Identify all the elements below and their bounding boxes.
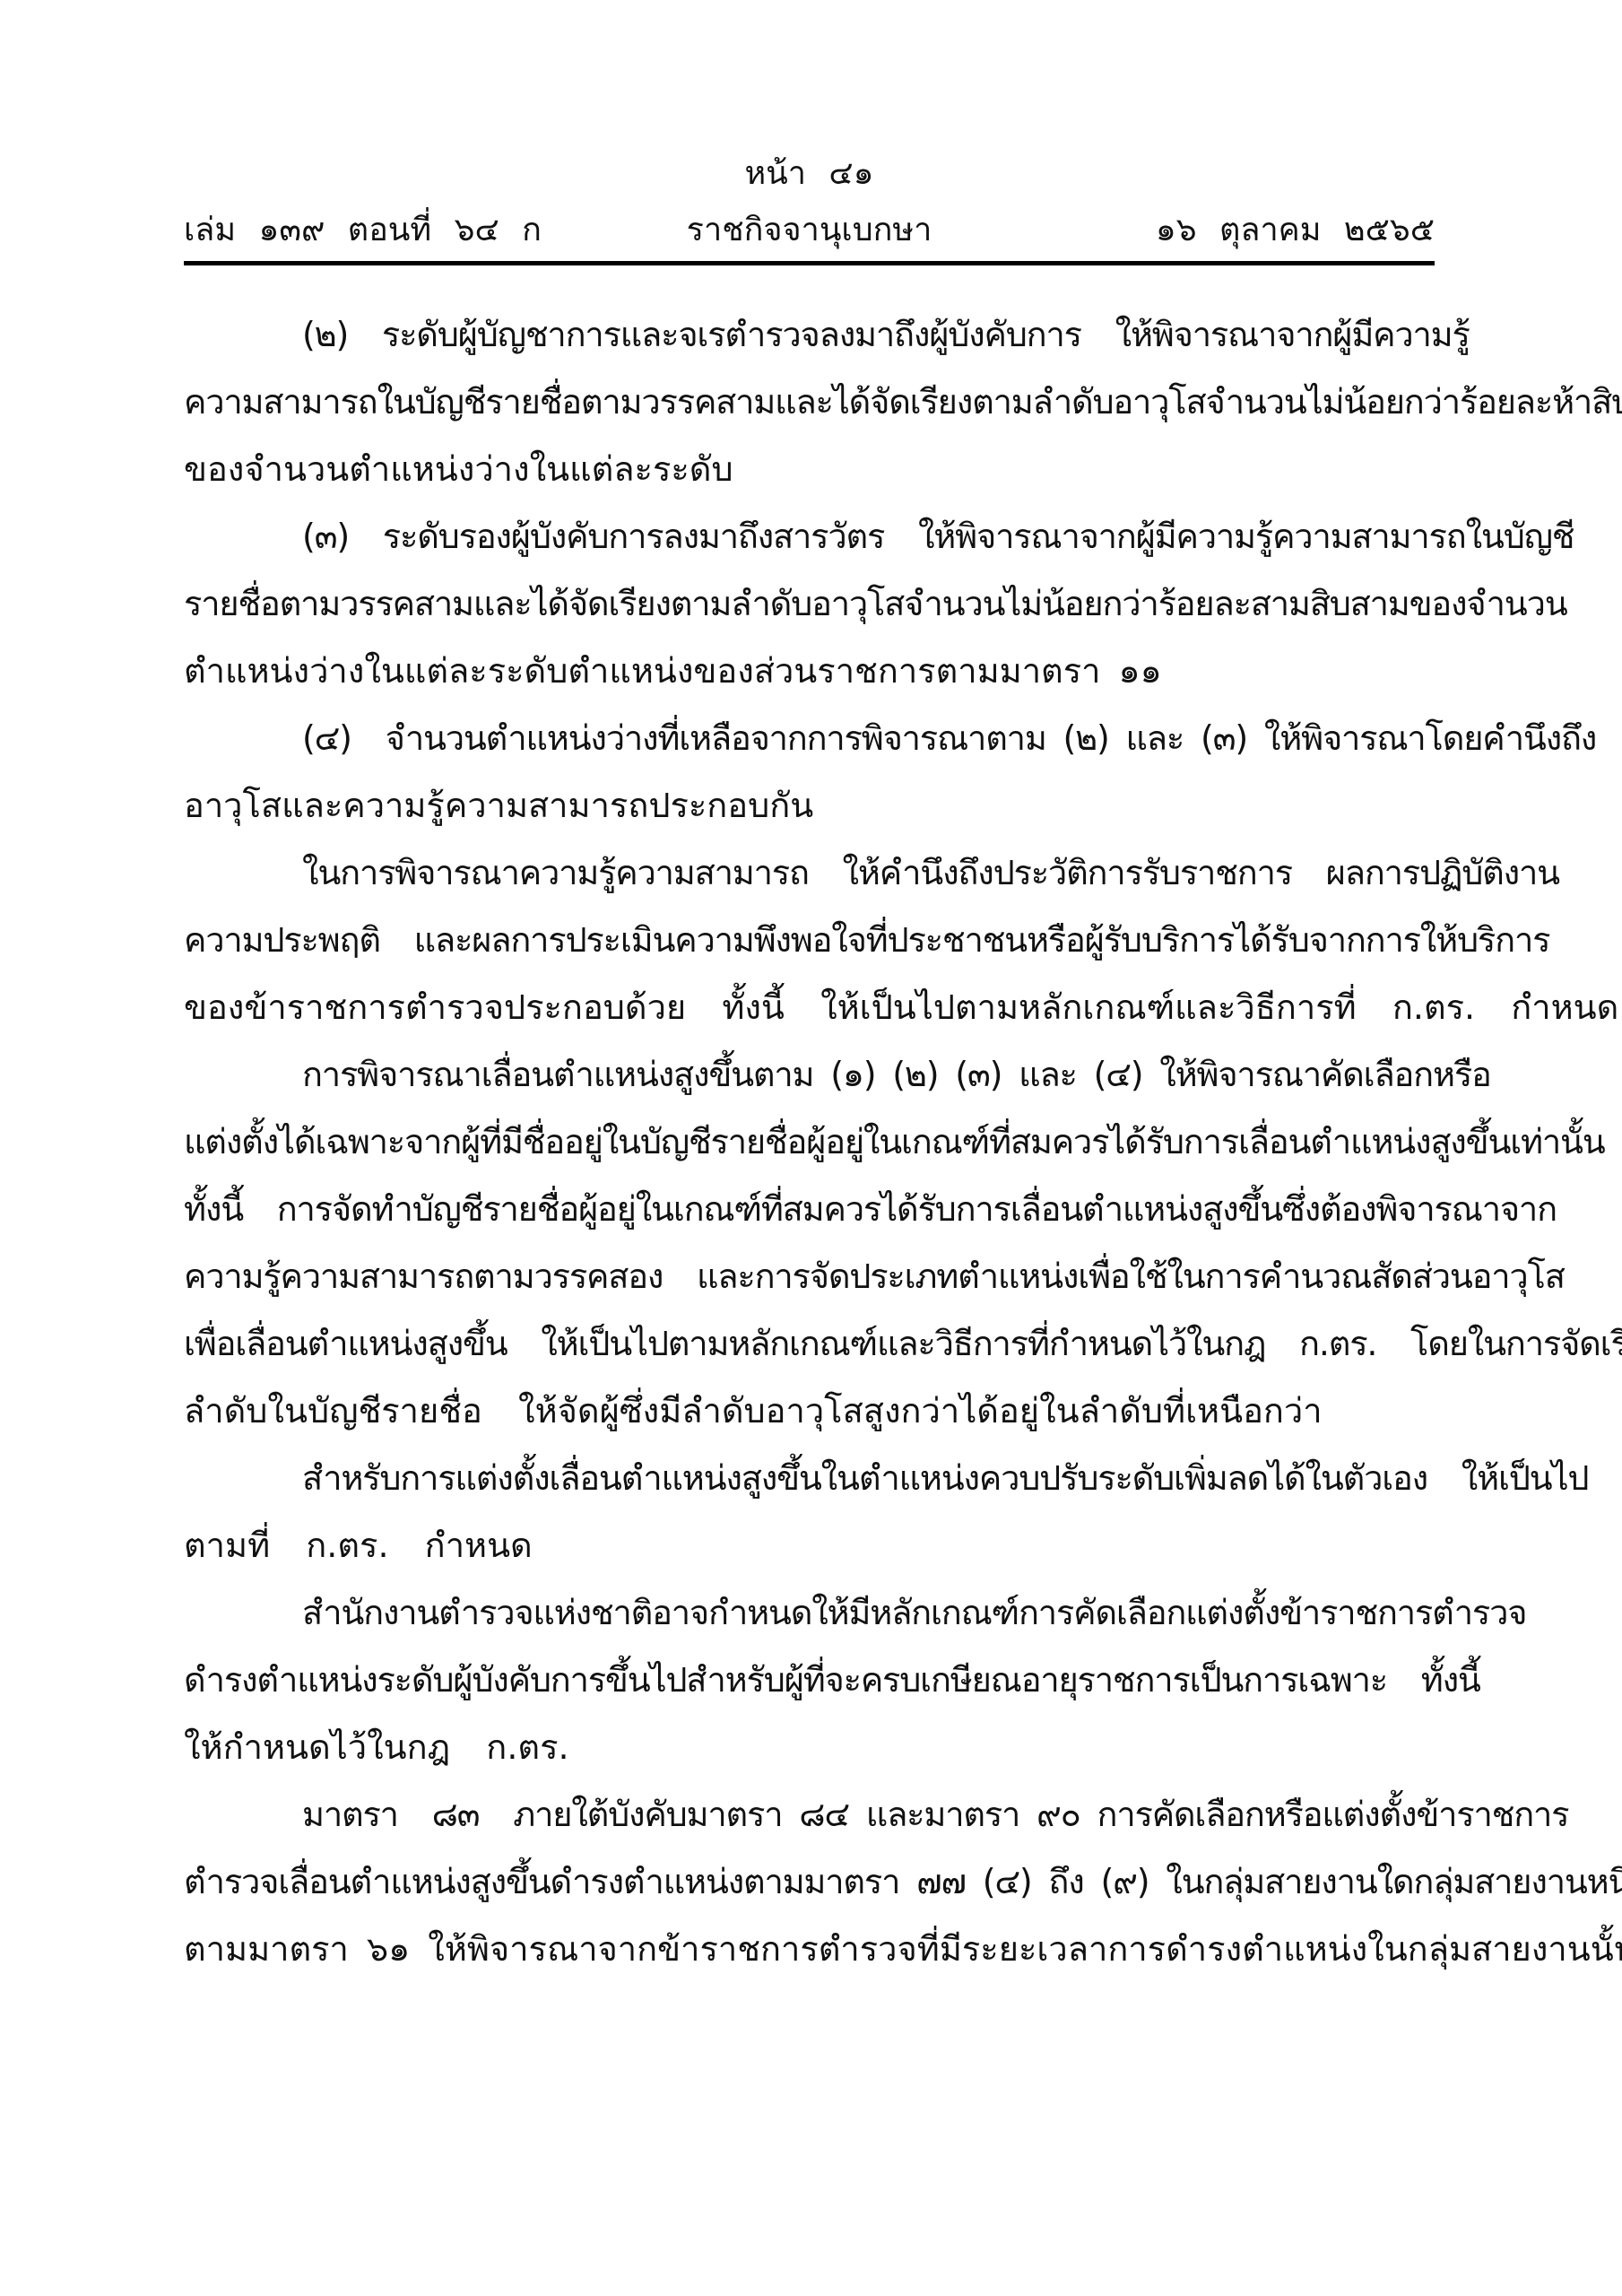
text-line: อาวุโสและความรู้ความสามารถประกอบกัน: [184, 772, 1435, 839]
text-line-content: ความรู้ความสามารถตามวรรคสอง และการจัดประ…: [184, 1243, 1565, 1310]
text-line-content: ของจำนวนตำแหน่งว่างในแต่ละระดับ: [184, 436, 733, 503]
text-line: ในการพิจารณาความรู้ความสามารถ ให้คำนึงถึ…: [184, 839, 1435, 907]
header-divider: [184, 261, 1435, 265]
text-line: สำหรับการแต่งตั้งเลื่อนตำแหน่งสูงขึ้นในต…: [184, 1445, 1435, 1512]
text-line: แต่งตั้งได้เฉพาะจากผู้ที่มีชื่ออยู่ในบัญ…: [184, 1109, 1435, 1176]
text-line-content: แต่งตั้งได้เฉพาะจากผู้ที่มีชื่ออยู่ในบัญ…: [184, 1109, 1605, 1176]
volume-issue-label: เล่ม ๑๓๙ ตอนที่ ๖๔ ก: [184, 204, 687, 257]
text-line: ของจำนวนตำแหน่งว่างในแต่ละระดับ: [184, 436, 1435, 503]
text-line: มาตรา ๘๓ ภายใต้บังคับมาตรา ๘๔ และมาตรา ๙…: [184, 1781, 1435, 1848]
text-line-content: (๔) จำนวนตำแหน่งว่างที่เหลือจากการพิจารณ…: [302, 705, 1596, 772]
gazette-title: ราชกิจจานุเบกษา: [687, 204, 932, 257]
text-line-content: ตำแหน่งว่างในแต่ละระดับตำแหน่งของส่วนราช…: [184, 638, 1162, 705]
text-line-content: รายชื่อตามวรรคสามและได้จัดเรียงตามลำดับอ…: [184, 570, 1567, 638]
text-line-content: (๒) ระดับผู้บัญชาการและจเรตำรวจลงมาถึงผู…: [302, 301, 1470, 369]
text-line: สำนักงานตำรวจแห่งชาติอาจกำหนดให้มีหลักเก…: [184, 1579, 1435, 1647]
text-line: ความรู้ความสามารถตามวรรคสอง และการจัดประ…: [184, 1243, 1435, 1310]
text-line: (๔) จำนวนตำแหน่งว่างที่เหลือจากการพิจารณ…: [184, 705, 1435, 772]
text-line: ลำดับในบัญชีรายชื่อ ให้จัดผู้ซึ่งมีลำดับ…: [184, 1378, 1435, 1445]
text-line-content: อาวุโสและความรู้ความสามารถประกอบกัน: [184, 772, 813, 839]
text-line-content: ลำดับในบัญชีรายชื่อ ให้จัดผู้ซึ่งมีลำดับ…: [184, 1378, 1323, 1445]
text-line-content: มาตรา ๘๓ ภายใต้บังคับมาตรา ๘๔ และมาตรา ๙…: [302, 1781, 1568, 1848]
text-line: ความประพฤติ และผลการประเมินความพึงพอใจที…: [184, 907, 1435, 974]
text-line-content: ตำรวจเลื่อนตำแหน่งสูงขึ้นดำรงตำแหน่งตามม…: [184, 1848, 1622, 1916]
text-line-content: ตามที่ ก.ตร. กำหนด: [184, 1512, 533, 1579]
text-line-content: ในการพิจารณาความรู้ความสามารถ ให้คำนึงถึ…: [302, 839, 1559, 907]
text-line: ตำรวจเลื่อนตำแหน่งสูงขึ้นดำรงตำแหน่งตามม…: [184, 1848, 1435, 1916]
header-row: เล่ม ๑๓๙ ตอนที่ ๖๔ ก ราชกิจจานุเบกษา ๑๖ …: [184, 204, 1435, 257]
text-line: (๓) ระดับรองผู้บังคับการลงมาถึงสารวัตร ใ…: [184, 503, 1435, 570]
text-line-content: สำหรับการแต่งตั้งเลื่อนตำแหน่งสูงขึ้นในต…: [302, 1445, 1588, 1512]
text-line: (๒) ระดับผู้บัญชาการและจเรตำรวจลงมาถึงผู…: [184, 301, 1435, 369]
text-line: รายชื่อตามวรรคสามและได้จัดเรียงตามลำดับอ…: [184, 570, 1435, 638]
text-line-content: ของข้าราชการตำรวจประกอบด้วย ทั้งนี้ ให้เ…: [184, 974, 1618, 1041]
text-line-content: ตามมาตรา ๖๑ ให้พิจารณาจากข้าราชการตำรวจท…: [184, 1916, 1622, 1983]
publication-date: ๑๖ ตุลาคม ๒๕๖๕: [932, 204, 1435, 257]
text-line: ดำรงตำแหน่งระดับผู้บังคับการขึ้นไปสำหรับ…: [184, 1647, 1435, 1714]
text-line-content: ให้กำหนดไว้ในกฎ ก.ตร.: [184, 1714, 569, 1781]
page-number: หน้า ๔๑: [184, 149, 1435, 199]
text-line: การพิจารณาเลื่อนตำแหน่งสูงขึ้นตาม (๑) (๒…: [184, 1041, 1435, 1109]
text-line: ตำแหน่งว่างในแต่ละระดับตำแหน่งของส่วนราช…: [184, 638, 1435, 705]
text-line-content: เพื่อเลื่อนตำแหน่งสูงขึ้น ให้เป็นไปตามหล…: [184, 1310, 1622, 1378]
gazette-page: หน้า ๔๑ เล่ม ๑๓๙ ตอนที่ ๖๔ ก ราชกิจจานุเ…: [0, 0, 1622, 2296]
document-body: (๒) ระดับผู้บัญชาการและจเรตำรวจลงมาถึงผู…: [184, 301, 1435, 1983]
text-line-content: (๓) ระดับรองผู้บังคับการลงมาถึงสารวัตร ใ…: [302, 503, 1574, 570]
text-line: ตามที่ ก.ตร. กำหนด: [184, 1512, 1435, 1579]
text-line-content: การพิจารณาเลื่อนตำแหน่งสูงขึ้นตาม (๑) (๒…: [302, 1041, 1491, 1109]
text-line: ให้กำหนดไว้ในกฎ ก.ตร.: [184, 1714, 1435, 1781]
text-line-content: ทั้งนี้ การจัดทำบัญชีรายชื่อผู้อยู่ในเกณ…: [184, 1176, 1557, 1243]
text-line: เพื่อเลื่อนตำแหน่งสูงขึ้น ให้เป็นไปตามหล…: [184, 1310, 1435, 1378]
text-line-content: ความสามารถในบัญชีรายชื่อตามวรรคสามและได้…: [184, 369, 1622, 436]
text-line: ทั้งนี้ การจัดทำบัญชีรายชื่อผู้อยู่ในเกณ…: [184, 1176, 1435, 1243]
text-line-content: ความประพฤติ และผลการประเมินความพึงพอใจที…: [184, 907, 1549, 974]
text-line: ของข้าราชการตำรวจประกอบด้วย ทั้งนี้ ให้เ…: [184, 974, 1435, 1041]
text-line-content: ดำรงตำแหน่งระดับผู้บังคับการขึ้นไปสำหรับ…: [184, 1647, 1480, 1714]
text-line-content: สำนักงานตำรวจแห่งชาติอาจกำหนดให้มีหลักเก…: [302, 1579, 1526, 1647]
text-line: ตามมาตรา ๖๑ ให้พิจารณาจากข้าราชการตำรวจท…: [184, 1916, 1435, 1983]
text-line: ความสามารถในบัญชีรายชื่อตามวรรคสามและได้…: [184, 369, 1435, 436]
